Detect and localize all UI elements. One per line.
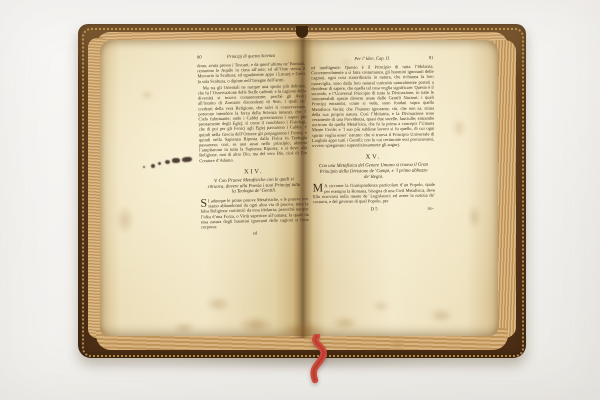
foxing-spot (208, 128, 218, 136)
foxing-spot (372, 300, 390, 312)
foxing-spot (452, 118, 466, 138)
left-paragraph-continuation: dono, avuta presso i Toscani, e da quest… (197, 61, 305, 84)
spine-notch (296, 26, 308, 38)
left-paragraph-main: Ma tra gli Orientali ne nacque una spezi… (198, 83, 308, 163)
left-running-title: Principj di questa Scienza (208, 53, 294, 60)
right-section-number: XV. (312, 152, 434, 161)
right-paragraph-continuation: ed intelligente: Questo è il Principio d… (311, 64, 434, 148)
foxing-spot (116, 205, 134, 235)
ribbon-bookmark (302, 334, 336, 386)
ink-stain (172, 158, 180, 163)
foxing-spot (238, 316, 274, 334)
foxing-spot (428, 308, 454, 323)
left-drop-cap: S (200, 199, 208, 208)
signature-mark: D 5 (371, 207, 378, 212)
left-dropcap-paragraph: SI adunque le prime pruove Metafisiche, … (200, 196, 309, 230)
ink-stain (151, 164, 155, 168)
ink-stain (158, 162, 161, 165)
right-page-text: Per l’ Idee, Cap. II. 81 ed intelligente… (311, 56, 435, 213)
right-drop-cap: M (313, 184, 325, 193)
left-section-heading: V. Con Pruove Metafisiche con le quali s… (206, 176, 301, 195)
left-running-head: 80 Principj di questa Scienza (197, 53, 305, 60)
foxing-spot (392, 340, 404, 348)
right-section-heading: Con una Metafisica del Genere Umano si t… (319, 162, 429, 180)
right-running-title: Per l’ Idee, Cap. II. (322, 56, 423, 62)
right-catchword: tro- (428, 207, 434, 211)
book-photograph: 80 Principj di questa Scienza dono, avut… (0, 0, 600, 400)
left-page-number: 80 (197, 55, 208, 60)
foxing-spot (332, 316, 358, 330)
foxing-spot (205, 296, 231, 312)
foxing-spot (140, 90, 154, 100)
ink-stain (143, 166, 145, 168)
left-section-number: XIV. (200, 166, 308, 176)
foxing-spot (340, 58, 352, 66)
right-dropcap-paragraph: MA siccome la Giurisprudenza particolare… (313, 182, 436, 204)
ink-stain (165, 160, 170, 164)
right-page-number: 81 (423, 56, 434, 61)
right-running-head: Per l’ Idee, Cap. II. 81 (311, 56, 433, 63)
foxing-spot (468, 205, 481, 229)
foxing-spot (172, 322, 196, 334)
left-page-text: 80 Principj di questa Scienza dono, avut… (197, 53, 309, 238)
